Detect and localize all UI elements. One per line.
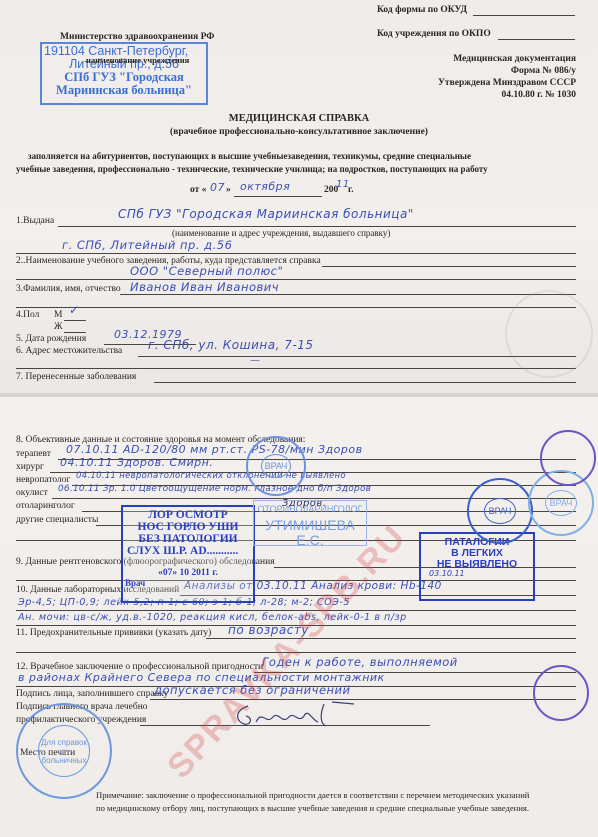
- purpose-line-2: учебные заведения, профессионально - тех…: [16, 164, 488, 174]
- sex-label: 4.Пол: [16, 310, 39, 320]
- full-name-line: [120, 294, 576, 295]
- okpo-label: Код учреждения по ОКПО: [377, 29, 491, 39]
- other-specialists-label: другие специалисты: [16, 515, 98, 525]
- section11-label: 11. Предохранительные прививки (указать …: [16, 628, 211, 638]
- approval-ref: 04.10.80 г. № 1030: [501, 90, 576, 100]
- institution-caption: наименование учреждения: [86, 55, 189, 65]
- full-name-value[interactable]: Иванов Иван Иванович: [130, 280, 279, 294]
- past-diseases-field[interactable]: [154, 382, 576, 383]
- address-label: 6. Адрес местожительства: [16, 346, 122, 356]
- surgeon-value[interactable]: 04.10.11 Здоров. Смирн.: [60, 456, 213, 469]
- institution-round-seal: Для справок и больничных: [16, 703, 112, 799]
- institution-stamp-line: Мариинская больница": [42, 84, 206, 97]
- lor-exam-stamp: ЛОР ОСМОТР НОС ГОРЛО УШИ БЕЗ ПАТОЛОГИИ С…: [121, 505, 255, 603]
- full-name-label: 3.Фамилия, имя, отчество: [16, 284, 121, 294]
- issued-by-address[interactable]: г. СПб, Литейный пр. д.56: [62, 238, 232, 252]
- date-mid: »: [226, 185, 231, 195]
- document-title: МЕДИЦИНСКАЯ СПРАВКА: [0, 113, 598, 124]
- xray-result-stamp: ПАТАЛОГИИ В ЛЕГКИХ НЕ ВЫЯВЛЕНО 03.10.11: [419, 532, 535, 601]
- doctor-stamp-name: УТИМИШЕВА Е.С.: [254, 518, 366, 547]
- lor-stamp-footer: Врач: [123, 579, 253, 588]
- doctor-stamp-label: ВРАЧ: [545, 490, 578, 516]
- doctor-round-stamp-1: ВРАЧ: [246, 436, 306, 496]
- sex-male-checkmark[interactable]: ✓: [69, 303, 80, 317]
- doctor-stamp-label: ВРАЧ: [261, 454, 292, 478]
- xray-stamp-date: 03.10.11: [421, 570, 533, 578]
- neurologist-value[interactable]: 04.10.11 невропатологических отклонений …: [76, 471, 346, 481]
- okud-label: Код формы по ОКУД: [377, 5, 467, 15]
- seal-inner-text: Для справок и больничных: [38, 725, 90, 777]
- destination-line: [322, 266, 576, 267]
- lor-stamp-line: БЕЗ ПАТОЛОГИИ: [123, 533, 253, 545]
- date-month[interactable]: октября: [240, 180, 290, 193]
- filler-signature-label: Подпись лица, заполнившего справку: [16, 689, 168, 699]
- sex-male-line: [64, 320, 86, 321]
- surgeon-label: хирург: [16, 462, 44, 472]
- document-subtitle: (врачебное профессионально-консультативн…: [0, 127, 598, 137]
- date-day: 07: [210, 181, 225, 194]
- vaccination-line: [206, 638, 576, 639]
- date-prefix: от «: [190, 185, 206, 195]
- issued-by-value[interactable]: СПб ГУЗ "Городская Мариинская больница": [118, 207, 414, 221]
- date-suffix: г.: [348, 185, 354, 195]
- lor-stamp-line: СЛУХ Ш.Р. AD...........: [123, 545, 253, 557]
- therapist-label: терапевт: [16, 449, 51, 459]
- therapist-value[interactable]: 07.10.11 AD-120/80 мм рт.ст. PS-78/мин З…: [66, 443, 363, 456]
- form-number: Форма № 086/у: [511, 66, 576, 76]
- purpose-line-1: заполняется на абитуриентов, поступающих…: [28, 151, 471, 161]
- past-diseases-label: 7. Перенесенные заболевания: [16, 372, 136, 382]
- okpo-field[interactable]: [498, 39, 575, 40]
- lor-stamp-line: НОС ГОРЛО УШИ: [123, 521, 253, 533]
- doctor-stamp-label: ВРАЧ: [484, 498, 517, 524]
- destination-line-2: [16, 279, 576, 280]
- otolaryngologist-label: отоларинголог: [16, 501, 75, 511]
- issued-by-line: [58, 226, 576, 227]
- destination-value[interactable]: ООО "Северный полюс": [130, 264, 283, 278]
- issued-by-caption: (наименование и адрес учреждения, выдавш…: [172, 228, 390, 238]
- ministry-label: Министерство здравоохранения РФ: [60, 32, 214, 42]
- lor-stamp-line: ЛОР ОСМОТР: [123, 509, 253, 521]
- sex-male-label: М: [54, 310, 62, 320]
- doc-type: Медицинская документация: [453, 54, 576, 64]
- oculist-label: окулист: [16, 488, 48, 498]
- institution-stamp: 191104 Санкт-Петербург, Литейный пр., д.…: [40, 42, 208, 105]
- doctor-round-stamp-2: ВРАЧ: [467, 478, 533, 544]
- okud-field[interactable]: [473, 15, 575, 16]
- note-line-1: Примечание: заключение о профессионально…: [96, 790, 529, 800]
- address-line-2: [16, 368, 576, 369]
- doctor-name-stamp: ОТОРИНОЛАРИНГОЛОГ УТИМИШЕВА Е.С.: [253, 500, 367, 546]
- sex-female-label: Ж: [54, 322, 63, 332]
- approved-by: Утверждена Минздравом СССР: [438, 78, 576, 88]
- therapist-round-stamp: [540, 430, 596, 486]
- conclusion-round-stamp: [533, 665, 589, 721]
- lab-line-2: [16, 610, 576, 611]
- oculist-value[interactable]: 06.10.11 Зр. 1.0 Цветоощущение норм. гла…: [58, 484, 371, 494]
- birth-date-label: 5. Дата рождения: [16, 334, 86, 344]
- past-diseases-dash: —: [250, 355, 268, 366]
- issued-by-label: 1.Выдана: [16, 216, 54, 226]
- address-value[interactable]: г. СПб, ул. Кошина, 7-15: [148, 338, 313, 352]
- note-line-2: по медицинскому отбору лиц, поступающих …: [96, 803, 529, 813]
- sex-female-field[interactable]: [64, 332, 86, 333]
- date-month-line: [234, 196, 322, 197]
- doctor-stamp-specialty: ОТОРИНОЛАРИНГОЛОГ: [254, 505, 366, 514]
- faint-seal-upper-right: [505, 290, 593, 378]
- full-name-line-2: [16, 307, 576, 308]
- issued-by-line-2: [16, 253, 576, 254]
